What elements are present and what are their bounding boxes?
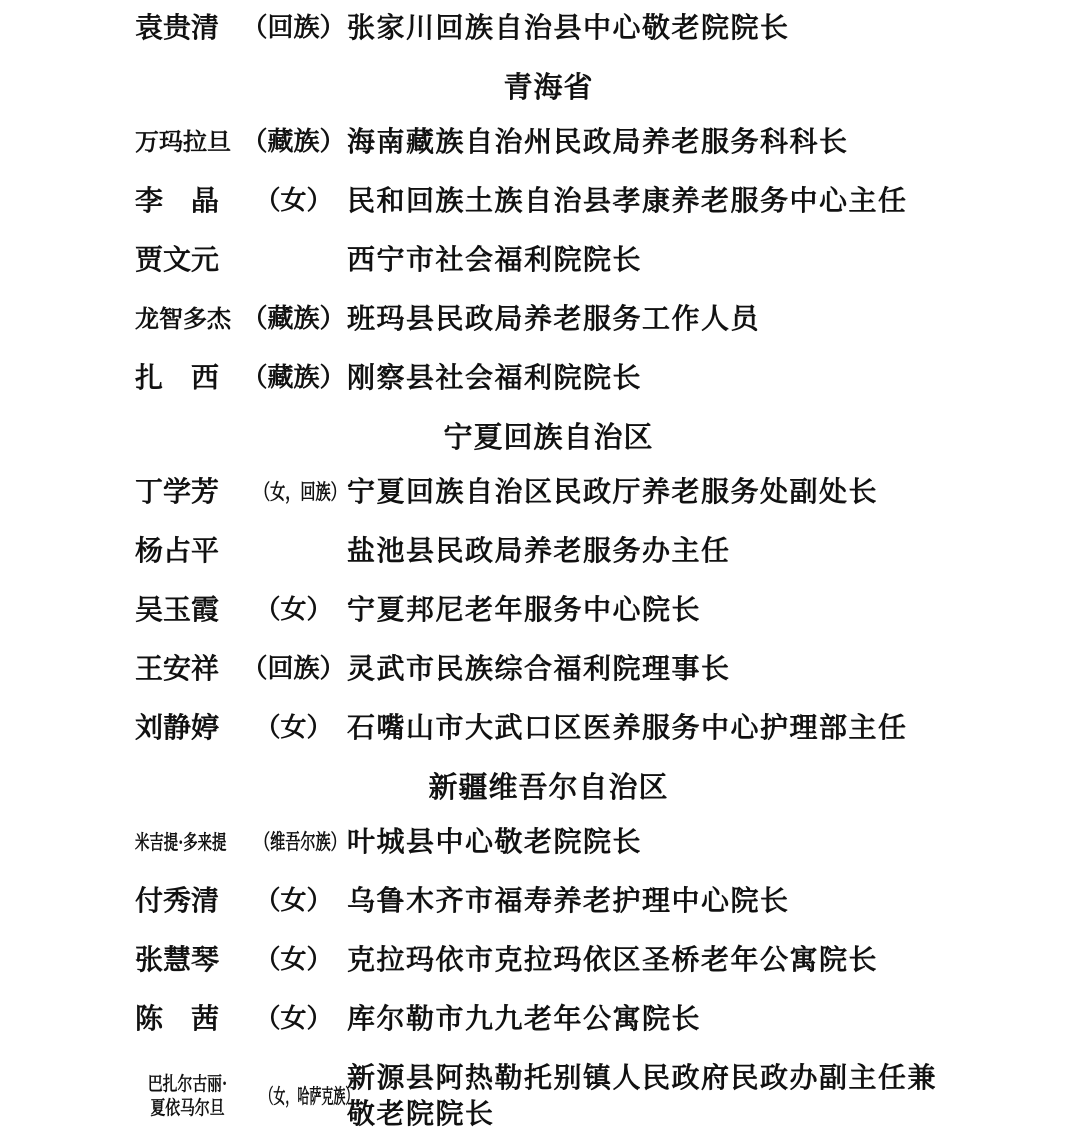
section-header: 宁夏回族自治区 bbox=[135, 419, 962, 455]
job-title: 盐池县民政局养老服务办主任 bbox=[347, 533, 962, 569]
person-name: 付秀清 bbox=[135, 883, 240, 919]
ethnicity-gender-note: （女，哈萨克族） bbox=[261, 1078, 325, 1114]
person-name: 丁学芳 bbox=[135, 474, 240, 510]
list-item: 巴扎尔古丽·夏依马尔旦 （女，哈萨克族） 新源县阿热勒托别镇人民政府民政办副主任… bbox=[135, 1060, 962, 1132]
job-title: 灵武市民族综合福利院理事长 bbox=[347, 651, 962, 687]
ethnicity-gender-note: （女，回族） bbox=[255, 474, 332, 510]
job-title: 民和回族土族自治县孝康养老服务中心主任 bbox=[347, 183, 962, 219]
person-name: 吴玉霞 bbox=[135, 592, 240, 628]
job-title: 克拉玛依市克拉玛依区圣桥老年公寓院长 bbox=[347, 942, 962, 978]
list-item: 付秀清 （女） 乌鲁木齐市福寿养老护理中心院长 bbox=[135, 883, 962, 919]
ethnicity-gender-note: （藏族） bbox=[240, 360, 347, 396]
ethnicity-gender-note: （藏族） bbox=[240, 301, 347, 337]
ethnicity-gender-note: （女） bbox=[240, 592, 347, 628]
list-item: 陈 茜 （女） 库尔勒市九九老年公寓院长 bbox=[135, 1001, 962, 1037]
list-item: 米吉提·多来提 （维吾尔族） 叶城县中心敬老院院长 bbox=[135, 824, 962, 860]
ethnicity-gender-note: （女） bbox=[240, 710, 347, 746]
section-header: 青海省 bbox=[135, 69, 962, 105]
person-name: 刘静婷 bbox=[135, 710, 240, 746]
ethnicity-gender-note: （女） bbox=[240, 942, 347, 978]
list-item: 万玛拉旦 （藏族） 海南藏族自治州民政局养老服务科科长 bbox=[135, 124, 962, 160]
job-title: 班玛县民政局养老服务工作人员 bbox=[347, 301, 962, 337]
person-name: 陈 茜 bbox=[135, 1001, 240, 1037]
ethnicity-gender-note: （女） bbox=[240, 883, 347, 919]
ethnicity-gender-note: （维吾尔族） bbox=[255, 824, 332, 860]
person-name: 张慧琴 bbox=[135, 942, 240, 978]
job-title: 西宁市社会福利院院长 bbox=[347, 242, 962, 278]
job-title: 石嘴山市大武口区医养服务中心护理部主任 bbox=[347, 710, 962, 746]
list-item: 杨占平 盐池县民政局养老服务办主任 bbox=[135, 533, 962, 569]
job-title: 乌鲁木齐市福寿养老护理中心院长 bbox=[347, 883, 962, 919]
job-title: 宁夏回族自治区民政厅养老服务处副处长 bbox=[347, 474, 962, 510]
job-title: 刚察县社会福利院院长 bbox=[347, 360, 962, 396]
list-item: 王安祥 （回族） 灵武市民族综合福利院理事长 bbox=[135, 651, 962, 687]
list-item: 张慧琴 （女） 克拉玛依市克拉玛依区圣桥老年公寓院长 bbox=[135, 942, 962, 978]
list-item: 扎 西 （藏族） 刚察县社会福利院院长 bbox=[135, 360, 962, 396]
document-page: 袁贵清 （回族） 张家川回族自治县中心敬老院院长 青海省 万玛拉旦 （藏族） 海… bbox=[0, 0, 1080, 1135]
person-name: 杨占平 bbox=[135, 533, 240, 569]
list-item: 丁学芳 （女，回族） 宁夏回族自治区民政厅养老服务处副处长 bbox=[135, 474, 962, 510]
list-item: 刘静婷 （女） 石嘴山市大武口区医养服务中心护理部主任 bbox=[135, 710, 962, 746]
list-item: 贾文元 西宁市社会福利院院长 bbox=[135, 242, 962, 278]
ethnicity-gender-note: （回族） bbox=[240, 10, 347, 46]
job-title: 海南藏族自治州民政局养老服务科科长 bbox=[347, 124, 962, 160]
job-title: 新源县阿热勒托别镇人民政府民政办副主任兼敬老院院长 bbox=[347, 1060, 962, 1132]
job-title: 叶城县中心敬老院院长 bbox=[347, 824, 962, 860]
ethnicity-gender-note: （藏族） bbox=[240, 124, 347, 160]
job-title: 宁夏邦尼老年服务中心院长 bbox=[347, 592, 962, 628]
ethnicity-gender-note: （女） bbox=[240, 1001, 347, 1037]
section-header: 新疆维吾尔自治区 bbox=[135, 769, 962, 805]
person-name: 米吉提·多来提 bbox=[135, 824, 211, 860]
list-item: 龙智多杰 （藏族） 班玛县民政局养老服务工作人员 bbox=[135, 301, 962, 337]
list-item: 袁贵清 （回族） 张家川回族自治县中心敬老院院长 bbox=[135, 10, 962, 46]
person-name: 万玛拉旦 bbox=[135, 124, 240, 160]
person-name: 袁贵清 bbox=[135, 10, 240, 46]
job-title: 张家川回族自治县中心敬老院院长 bbox=[347, 10, 962, 46]
ethnicity-gender-note: （回族） bbox=[240, 651, 347, 687]
ethnicity-gender-note: （女） bbox=[240, 183, 347, 219]
honor-roll-list: 袁贵清 （回族） 张家川回族自治县中心敬老院院长 青海省 万玛拉旦 （藏族） 海… bbox=[135, 10, 962, 1132]
person-name: 扎 西 bbox=[135, 360, 240, 396]
person-name: 李 晶 bbox=[135, 183, 240, 219]
person-name: 龙智多杰 bbox=[135, 301, 240, 337]
person-name: 巴扎尔古丽·夏依马尔旦 bbox=[147, 1072, 229, 1120]
list-item: 吴玉霞 （女） 宁夏邦尼老年服务中心院长 bbox=[135, 592, 962, 628]
person-name: 贾文元 bbox=[135, 242, 240, 278]
person-name: 王安祥 bbox=[135, 651, 240, 687]
job-title: 库尔勒市九九老年公寓院长 bbox=[347, 1001, 962, 1037]
list-item: 李 晶 （女） 民和回族土族自治县孝康养老服务中心主任 bbox=[135, 183, 962, 219]
